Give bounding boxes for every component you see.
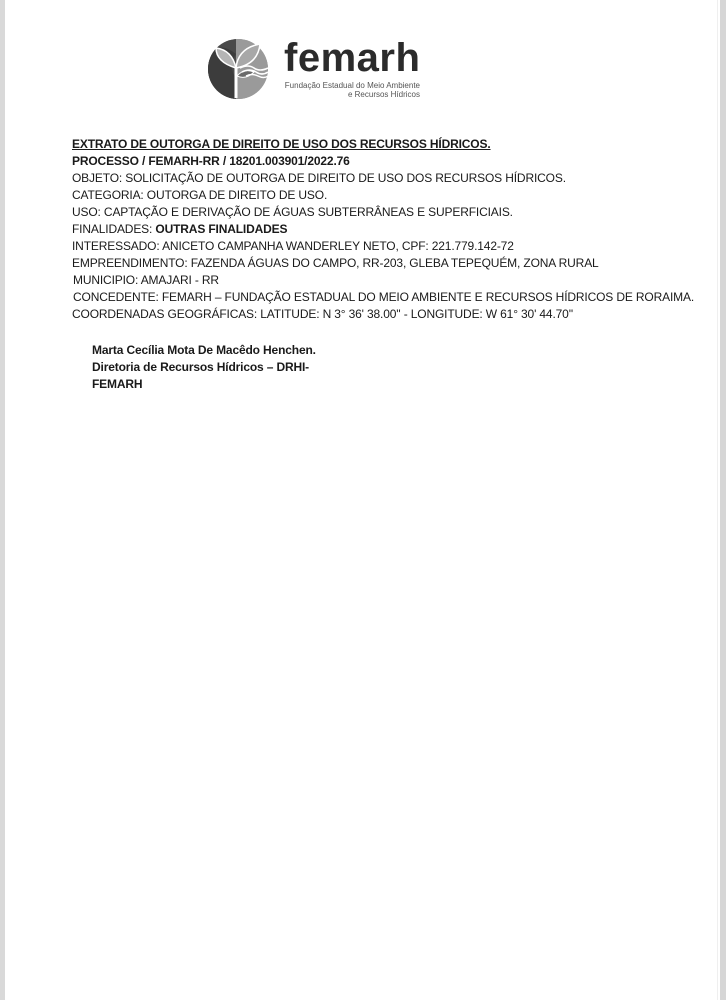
document-body: EXTRATO DE OUTORGA DE DIREITO DE USO DOS… — [72, 136, 672, 323]
finalidades-line: FINALIDADES: OUTRAS FINALIDADES — [72, 221, 672, 238]
concedente-line: CONCEDENTE: FEMARH – FUNDAÇÃO ESTADUAL D… — [72, 289, 672, 306]
coordenadas-line: COORDENADAS GEOGRÁFICAS: LATITUDE: N 3° … — [72, 306, 672, 323]
finalidades-value: OUTRAS FINALIDADES — [155, 222, 287, 236]
page-edge-right — [720, 0, 726, 1000]
municipio-line: MUNICIPIO: AMAJARI - RR — [72, 272, 672, 289]
leaf-sprout-water-logo-icon — [206, 38, 270, 100]
process-number: PROCESSO / FEMARH-RR / 18201.003901/2022… — [72, 153, 672, 170]
logo-subtitle: Fundação Estadual do Meio Ambiente e Rec… — [284, 81, 420, 99]
uso-line: USO: CAPTAÇÃO E DERIVAÇÃO DE ÁGUAS SUBTE… — [72, 204, 672, 221]
page-edge-left — [0, 0, 5, 1000]
categoria-line: CATEGORIA: OUTORGA DE DIREITO DE USO. — [72, 187, 672, 204]
signature-block: Marta Cecília Mota De Macêdo Henchen. Di… — [92, 342, 316, 393]
document-title: EXTRATO DE OUTORGA DE DIREITO DE USO DOS… — [72, 136, 672, 153]
signatory-name: Marta Cecília Mota De Macêdo Henchen. — [92, 342, 316, 359]
interessado-line: INTERESSADO: ANICETO CAMPANHA WANDERLEY … — [72, 238, 672, 255]
finalidades-label: FINALIDADES: — [72, 222, 155, 236]
page-edge-right-line — [717, 0, 718, 1000]
signatory-role: Diretoria de Recursos Hídricos – DRHI- — [92, 359, 316, 376]
objeto-line: OBJETO: SOLICITAÇÃO DE OUTORGA DE DIREIT… — [72, 170, 672, 187]
empreendimento-line: EMPREENDIMENTO: FAZENDA ÁGUAS DO CAMPO, … — [72, 255, 672, 272]
logo-wordmark: femarh — [284, 34, 420, 82]
logo-subtitle-line2: e Recursos Hídricos — [284, 90, 420, 99]
logo-subtitle-line1: Fundação Estadual do Meio Ambiente — [284, 81, 420, 90]
femarh-logo: femarh Fundação Estadual do Meio Ambient… — [206, 38, 426, 102]
signatory-org: FEMARH — [92, 376, 316, 393]
